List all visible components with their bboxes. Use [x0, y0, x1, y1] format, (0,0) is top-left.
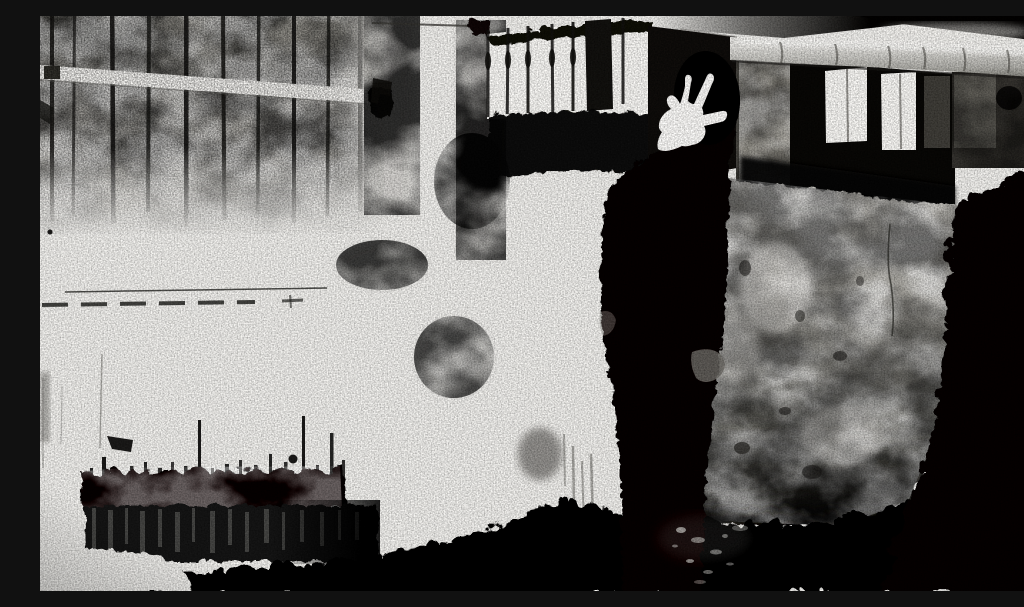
photo-scene [40, 16, 1024, 591]
photo-stage: High-contrast black-and-white photograph… [40, 16, 1024, 591]
vignette-overlay [40, 16, 1024, 591]
